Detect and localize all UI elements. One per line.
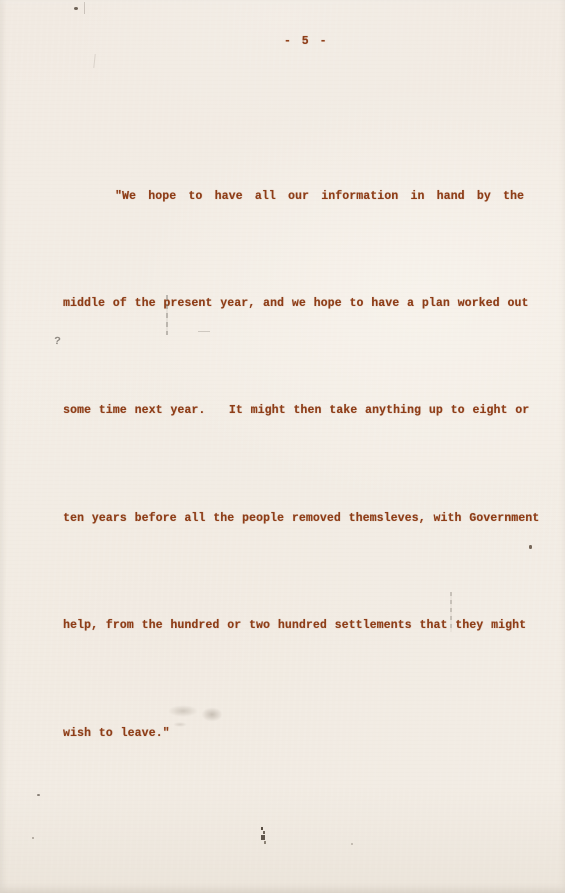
paper-scratch — [93, 54, 95, 68]
pencil-annotation: ? — [53, 336, 61, 349]
quote-line: ten years before all the people removed … — [63, 501, 533, 537]
quote-line: "We hope to have all our information in … — [63, 179, 533, 215]
quote-paragraph: "We hope to have all our information in … — [63, 107, 533, 823]
paper-dot — [351, 843, 353, 845]
quote-line: middle of the present year, and we hope … — [63, 286, 533, 322]
scanned-document-page: - 5 - "We hope to have all our informati… — [0, 0, 565, 893]
paper-scratch — [84, 2, 85, 14]
paper-dot — [32, 837, 34, 839]
quote-line: wish to leave." — [63, 716, 533, 752]
ink-speck — [37, 794, 40, 796]
ink-squiggle — [261, 827, 263, 830]
page-number: - 5 - — [284, 35, 329, 48]
quote-line: help, from the hundred or two hundred se… — [63, 608, 533, 644]
quote-line: some time next year. It might then take … — [63, 393, 533, 429]
ink-speck — [74, 7, 78, 10]
